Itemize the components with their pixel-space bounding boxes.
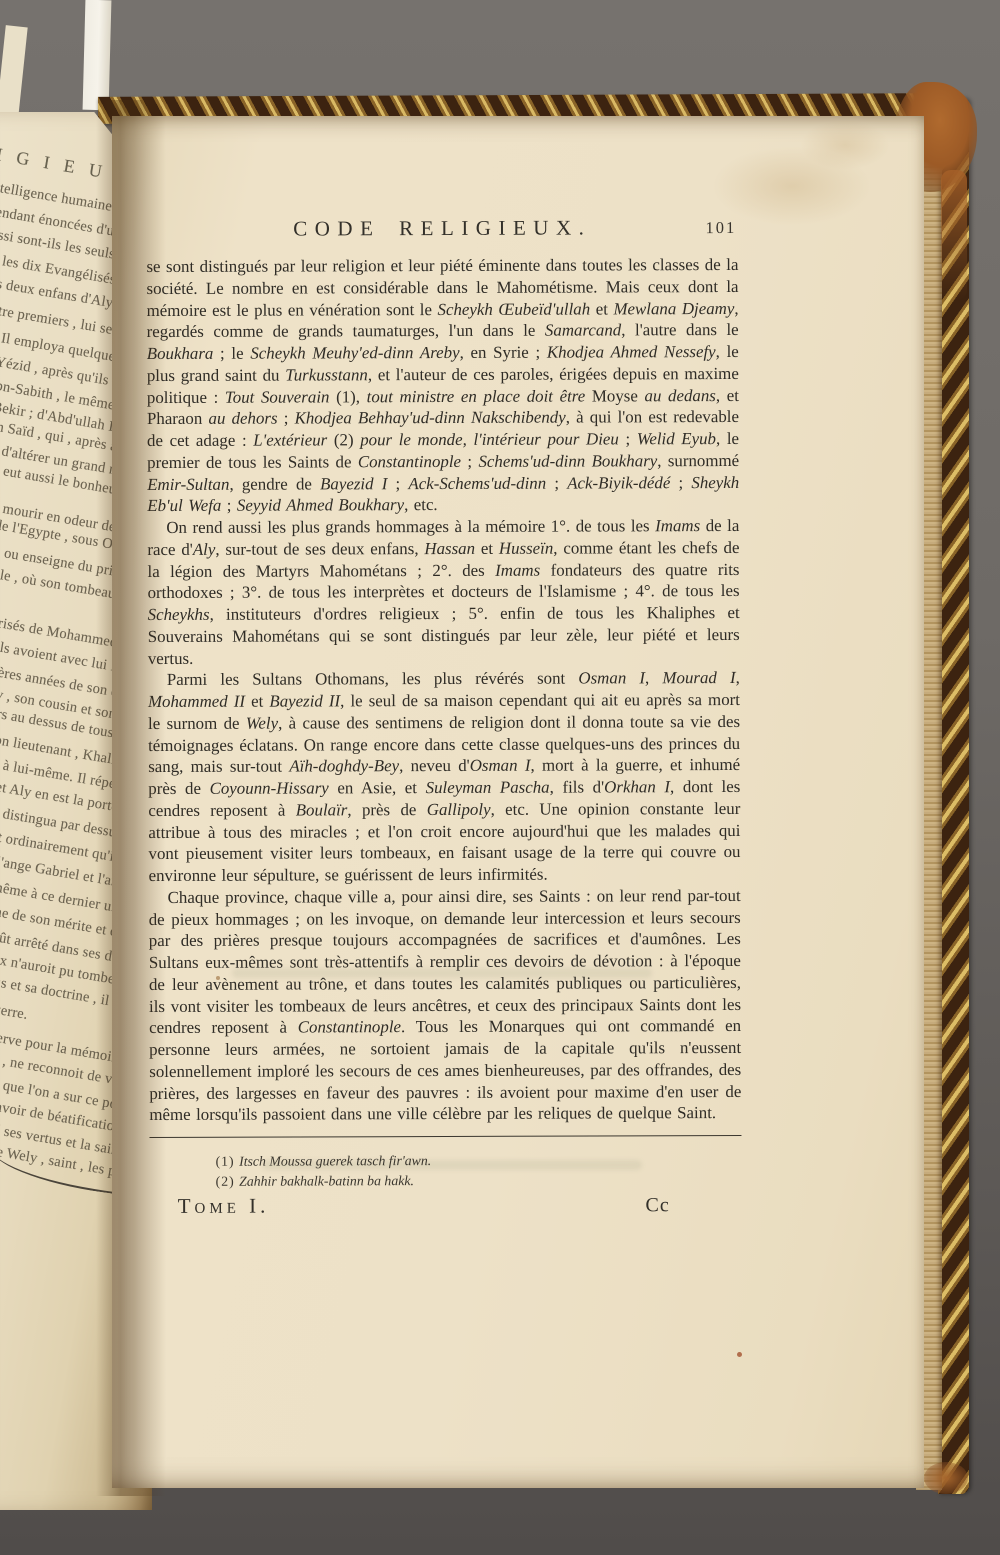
volume-signature: Tome I.	[178, 1194, 270, 1219]
footnote-text: Zahhir bakhalk-batinn ba hakk.	[239, 1173, 414, 1189]
italic-run: Constantinople	[358, 452, 461, 471]
italic-run: Aïh-doghdy-Bey	[289, 756, 399, 775]
text-run: ;	[670, 473, 691, 492]
italic-run: Imams	[495, 560, 540, 579]
italic-run: Orkhan I	[604, 777, 670, 796]
italic-run: Scheykhs	[148, 605, 210, 624]
italic-run: au dedans	[644, 386, 715, 405]
text-run: ,	[736, 668, 740, 687]
text-run: ;	[221, 496, 237, 515]
italic-run: Mohammed II	[148, 692, 245, 711]
italic-run: tout ministre en place doit être	[367, 386, 586, 406]
italic-run: Welid Eyub	[637, 429, 716, 448]
text-run: (2)	[327, 430, 360, 449]
italic-run: Hassan	[424, 539, 475, 558]
text-run: et	[590, 299, 613, 318]
paragraph: On rend aussi les plus grands hommages à…	[147, 515, 740, 669]
italic-run: Mewlana Djeamy	[613, 298, 734, 317]
running-title: CODE RELIGIEUX.	[146, 215, 738, 242]
text-run: , gendre de	[229, 474, 320, 493]
text-run: (1),	[329, 387, 366, 406]
italic-run: Turkusstann	[285, 365, 368, 384]
footnote: (2) Zahhir bakhalk-batinn ba hakk.	[216, 1169, 742, 1190]
text-run: ;	[278, 409, 295, 428]
italic-run: Bayezid II	[269, 691, 340, 710]
italic-run: Seyyid Ahmed Boukhary	[237, 495, 404, 515]
italic-run: Imams	[655, 516, 700, 535]
text-run: , neveu d'	[399, 756, 470, 775]
left-page-text-fragment: terre.	[0, 1002, 29, 1024]
italic-run: Ack-Schems'ud-dinn	[408, 473, 546, 492]
book-photo: I G I E U X.ntelligence humaine pouvoite…	[0, 0, 1000, 1555]
text-run: , fils d'	[550, 777, 605, 796]
paragraph: se sont distingués par leur religion et …	[146, 254, 739, 517]
italic-run: Boukhara	[147, 344, 214, 363]
italic-run: Khodjea Ahmed Nessefy	[547, 342, 716, 362]
paper-speck	[737, 1352, 742, 1357]
footnote-rule	[149, 1135, 741, 1138]
paper-stain	[800, 120, 890, 170]
page-footer: Tome I. Cc	[150, 1192, 742, 1219]
italic-run: Suleyman Pascha	[426, 778, 550, 797]
text-run: , surnommé	[657, 451, 739, 470]
italic-run: Osman I	[578, 669, 645, 688]
paragraph: Parmi les Sultans Othomans, les plus rév…	[148, 667, 741, 887]
italic-run: Bayezid I	[320, 474, 387, 493]
footnote-marker: (2)	[216, 1173, 240, 1188]
italic-run: Emir-Sultan	[147, 474, 229, 493]
italic-run: Boulaïr	[296, 800, 348, 819]
worn-leather-bottom	[924, 1462, 968, 1494]
bookmark-sliver	[83, 0, 112, 110]
text-block: CODE RELIGIEUX. 101 se sont distingués p…	[146, 215, 741, 1219]
italic-run: au dehors	[208, 409, 277, 428]
text-run: et	[475, 539, 499, 558]
gilt-cover-edge	[938, 98, 969, 1494]
italic-run: Ack-Biyik-dédé	[567, 473, 670, 492]
text-run: On rend aussi les plus grands hommages à…	[166, 516, 655, 537]
text-run: ;	[387, 474, 408, 493]
text-run: Moyse	[585, 386, 644, 405]
footnotes: (1) Itsch Moussa guerek tasch fir'awn.(2…	[150, 1150, 742, 1191]
text-run: Parmi les Sultans Othomans, les plus rév…	[167, 669, 579, 689]
italic-run: Osman I	[470, 756, 531, 775]
text-run: ; le	[213, 344, 250, 363]
footnote: (1) Itsch Moussa guerek tasch fir'awn.	[216, 1150, 742, 1171]
italic-run: Scheykh Meuhy'ed-dinn Areby	[250, 343, 459, 363]
text-run: ;	[546, 473, 567, 492]
page-header: CODE RELIGIEUX. 101	[146, 215, 738, 247]
italic-run: Samarcand	[545, 321, 621, 340]
italic-run: Khodjea Behhay'ud-dinn Nakschibendy	[295, 408, 566, 428]
italic-run: L'extérieur	[253, 430, 327, 449]
catchword: Cc	[645, 1194, 669, 1217]
right-page: CODE RELIGIEUX. 101 se sont distingués p…	[112, 116, 924, 1488]
italic-run: Tout Souverain	[225, 387, 330, 406]
italic-run: Wely	[246, 713, 278, 732]
italic-run: Schems'ud-dinn Boukhary	[478, 451, 657, 471]
italic-run: Coyounn-Hissary	[210, 778, 329, 797]
text-run: , près de	[347, 800, 426, 819]
text-run: ,	[645, 668, 662, 687]
text-run: , en Syrie ;	[460, 343, 547, 362]
footnote-marker: (1)	[216, 1154, 240, 1169]
page-number: 101	[706, 218, 737, 238]
text-run: , instituteurs d'ordres religieux ; 5°. …	[148, 603, 740, 668]
italic-run: Scheykh Œubeïd'ullah	[437, 299, 590, 319]
text-run: , etc.	[404, 495, 438, 514]
paragraph: Chaque province, chaque ville a, pour ai…	[149, 885, 742, 1126]
italic-run: Constantinople	[298, 1017, 401, 1036]
italic-run: Husseïn	[499, 538, 554, 557]
text-run: Chaque province, chaque ville a, pour ai…	[149, 886, 741, 1038]
italic-run: Gallipoly	[427, 800, 491, 819]
text-run: et	[245, 692, 269, 711]
italic-run: Aly	[193, 540, 216, 559]
body-text: se sont distingués par leur religion et …	[146, 254, 741, 1126]
text-run: , l'autre dans le	[621, 320, 738, 339]
text-run: , sur-tout de ses deux enfans,	[215, 539, 424, 559]
worn-leather-streak	[941, 170, 967, 300]
italic-run: pour le monde, l'intérieur pour Dieu	[360, 429, 619, 449]
text-run: ;	[461, 452, 478, 471]
italic-run: Mourad I	[662, 668, 735, 687]
text-run: en Asie, et	[329, 778, 426, 797]
footnote-text: Itsch Moussa guerek tasch fir'awn.	[239, 1153, 431, 1169]
text-run: ;	[619, 429, 637, 448]
